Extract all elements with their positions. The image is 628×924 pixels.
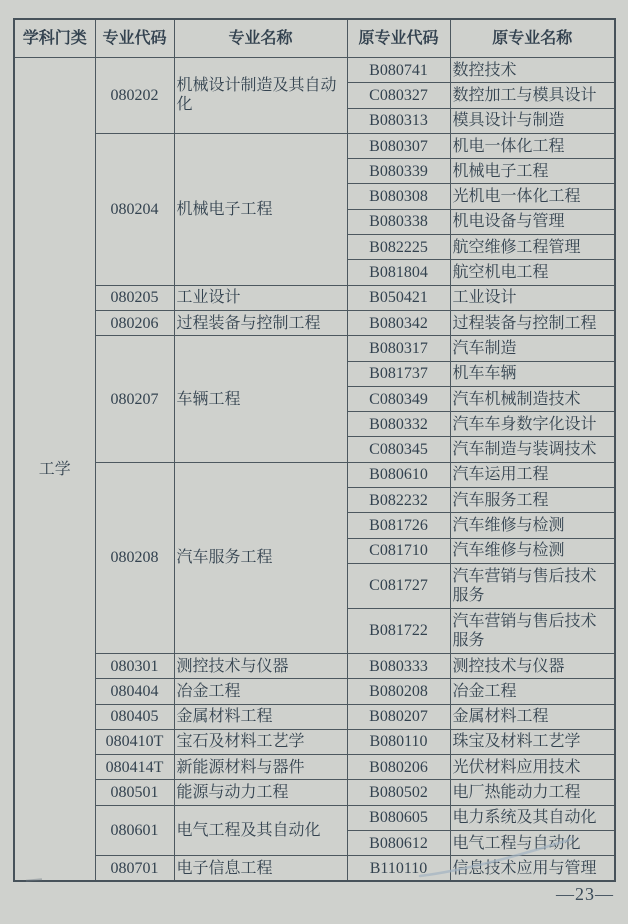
major-code-cell: 080501 xyxy=(95,780,174,805)
major-code-cell: 080202 xyxy=(95,58,174,134)
major-code-cell: 080205 xyxy=(95,285,174,310)
old-code-cell: C081710 xyxy=(347,538,450,563)
table-row: 080208 汽车服务工程 B080610 汽车运用工程 xyxy=(14,462,615,487)
major-code-cell: 080208 xyxy=(95,462,174,653)
major-code-cell: 080206 xyxy=(95,310,174,335)
old-name-cell: 数控技术 xyxy=(450,58,615,83)
old-code-cell: B080332 xyxy=(347,412,450,437)
scan-artifact-curve xyxy=(412,831,582,883)
old-name-cell: 机械电子工程 xyxy=(450,159,615,184)
major-name-cell: 冶金工程 xyxy=(174,679,347,704)
table-row: 080207 车辆工程 B080317 汽车制造 xyxy=(14,336,615,361)
old-code-cell: B080333 xyxy=(347,653,450,678)
major-name-cell: 过程装备与控制工程 xyxy=(174,310,347,335)
old-name-cell: 汽车营销与售后技术服务 xyxy=(450,608,615,653)
major-name-cell: 能源与动力工程 xyxy=(174,780,347,805)
old-code-cell: C081727 xyxy=(347,563,450,608)
old-code-cell: B080208 xyxy=(347,679,450,704)
old-name-cell: 汽车制造与装调技术 xyxy=(450,437,615,462)
major-code-cell: 080410T xyxy=(95,729,174,754)
old-code-cell: C080327 xyxy=(347,83,450,108)
old-code-cell: B081804 xyxy=(347,260,450,285)
old-name-cell: 汽车运用工程 xyxy=(450,462,615,487)
old-name-cell: 航空维修工程管理 xyxy=(450,235,615,260)
major-name-cell: 机械设计制造及其自动化 xyxy=(174,58,347,134)
old-code-cell: B081737 xyxy=(347,361,450,386)
old-name-cell: 汽车机械制造技术 xyxy=(450,386,615,411)
old-name-cell: 电厂热能动力工程 xyxy=(450,780,615,805)
major-code-cell: 080414T xyxy=(95,755,174,780)
old-name-cell: 机电设备与管理 xyxy=(450,209,615,234)
old-code-cell: B082225 xyxy=(347,235,450,260)
col-header-old-name: 原专业名称 xyxy=(450,19,615,58)
old-code-cell: B080610 xyxy=(347,462,450,487)
old-name-cell: 汽车制造 xyxy=(450,336,615,361)
table-row: 080410T 宝石及材料工艺学 B080110 珠宝及材料工艺学 xyxy=(14,729,615,754)
old-code-cell: B080338 xyxy=(347,209,450,234)
old-name-cell: 珠宝及材料工艺学 xyxy=(450,729,615,754)
old-name-cell: 光伏材料应用技术 xyxy=(450,755,615,780)
table-row: 080414T 新能源材料与器件 B080206 光伏材料应用技术 xyxy=(14,755,615,780)
old-code-cell: B080741 xyxy=(347,58,450,83)
old-name-cell: 金属材料工程 xyxy=(450,704,615,729)
major-code-cell: 080404 xyxy=(95,679,174,704)
old-name-cell: 汽车营销与售后技术服务 xyxy=(450,563,615,608)
table-row: 工学 080202 机械设计制造及其自动化 B080741 数控技术 xyxy=(14,58,615,83)
old-name-cell: 航空机电工程 xyxy=(450,260,615,285)
scanned-document-page: 学科门类 专业代码 专业名称 原专业代码 原专业名称 工学 080202 机械设… xyxy=(0,0,628,924)
old-name-cell: 光机电一体化工程 xyxy=(450,184,615,209)
major-name-cell: 金属材料工程 xyxy=(174,704,347,729)
major-code-cell: 080601 xyxy=(95,805,174,856)
table-row: 080301 测控技术与仪器 B080333 测控技术与仪器 xyxy=(14,653,615,678)
major-name-cell: 工业设计 xyxy=(174,285,347,310)
major-name-cell: 宝石及材料工艺学 xyxy=(174,729,347,754)
old-name-cell: 测控技术与仪器 xyxy=(450,653,615,678)
old-name-cell: 工业设计 xyxy=(450,285,615,310)
page-number: —23— xyxy=(556,884,614,905)
old-code-cell: B080207 xyxy=(347,704,450,729)
old-name-cell: 汽车车身数字化设计 xyxy=(450,412,615,437)
major-code-cell: 080207 xyxy=(95,336,174,462)
old-code-cell: B050421 xyxy=(347,285,450,310)
table-row: 080204 机械电子工程 B080307 机电一体化工程 xyxy=(14,133,615,158)
old-code-cell: B080313 xyxy=(347,108,450,133)
table-row: 080405 金属材料工程 B080207 金属材料工程 xyxy=(14,704,615,729)
old-name-cell: 机电一体化工程 xyxy=(450,133,615,158)
old-code-cell: B080308 xyxy=(347,184,450,209)
major-code-cell: 080301 xyxy=(95,653,174,678)
old-code-cell: B080502 xyxy=(347,780,450,805)
old-code-cell: B080206 xyxy=(347,755,450,780)
old-code-cell: B080605 xyxy=(347,805,450,830)
col-header-discipline: 学科门类 xyxy=(14,19,95,58)
old-code-cell: B081722 xyxy=(347,608,450,653)
col-header-major-code: 专业代码 xyxy=(95,19,174,58)
major-name-cell: 电气工程及其自动化 xyxy=(174,805,347,856)
old-code-cell: B080307 xyxy=(347,133,450,158)
old-name-cell: 模具设计与制造 xyxy=(450,108,615,133)
major-name-cell: 新能源材料与器件 xyxy=(174,755,347,780)
old-code-cell: B080342 xyxy=(347,310,450,335)
major-name-cell: 测控技术与仪器 xyxy=(174,653,347,678)
old-name-cell: 过程装备与控制工程 xyxy=(450,310,615,335)
col-header-old-code: 原专业代码 xyxy=(347,19,450,58)
discipline-cell: 工学 xyxy=(14,58,95,882)
major-name-cell: 车辆工程 xyxy=(174,336,347,462)
old-name-cell: 汽车维修与检测 xyxy=(450,538,615,563)
old-code-cell: B080339 xyxy=(347,159,450,184)
old-code-cell: B082232 xyxy=(347,488,450,513)
major-code-cell: 080204 xyxy=(95,133,174,285)
old-code-cell: B081726 xyxy=(347,513,450,538)
table-header-row: 学科门类 专业代码 专业名称 原专业代码 原专业名称 xyxy=(14,19,615,58)
old-name-cell: 机车车辆 xyxy=(450,361,615,386)
table-row: 080206 过程装备与控制工程 B080342 过程装备与控制工程 xyxy=(14,310,615,335)
old-code-cell: C080349 xyxy=(347,386,450,411)
table-row: 080601 电气工程及其自动化 B080605 电力系统及其自动化 xyxy=(14,805,615,830)
old-name-cell: 电力系统及其自动化 xyxy=(450,805,615,830)
major-code-cell: 080701 xyxy=(95,856,174,881)
table-row: 080404 冶金工程 B080208 冶金工程 xyxy=(14,679,615,704)
major-code-mapping-table: 学科门类 专业代码 专业名称 原专业代码 原专业名称 工学 080202 机械设… xyxy=(13,18,616,882)
major-name-cell: 汽车服务工程 xyxy=(174,462,347,653)
old-code-cell: B080110 xyxy=(347,729,450,754)
old-name-cell: 冶金工程 xyxy=(450,679,615,704)
old-name-cell: 数控加工与模具设计 xyxy=(450,83,615,108)
old-code-cell: B080317 xyxy=(347,336,450,361)
major-name-cell: 机械电子工程 xyxy=(174,133,347,285)
table-row: 080205 工业设计 B050421 工业设计 xyxy=(14,285,615,310)
old-name-cell: 汽车服务工程 xyxy=(450,488,615,513)
col-header-major-name: 专业名称 xyxy=(174,19,347,58)
table-row: 080501 能源与动力工程 B080502 电厂热能动力工程 xyxy=(14,780,615,805)
old-code-cell: C080345 xyxy=(347,437,450,462)
major-name-cell: 电子信息工程 xyxy=(174,856,347,881)
old-name-cell: 汽车维修与检测 xyxy=(450,513,615,538)
major-code-cell: 080405 xyxy=(95,704,174,729)
